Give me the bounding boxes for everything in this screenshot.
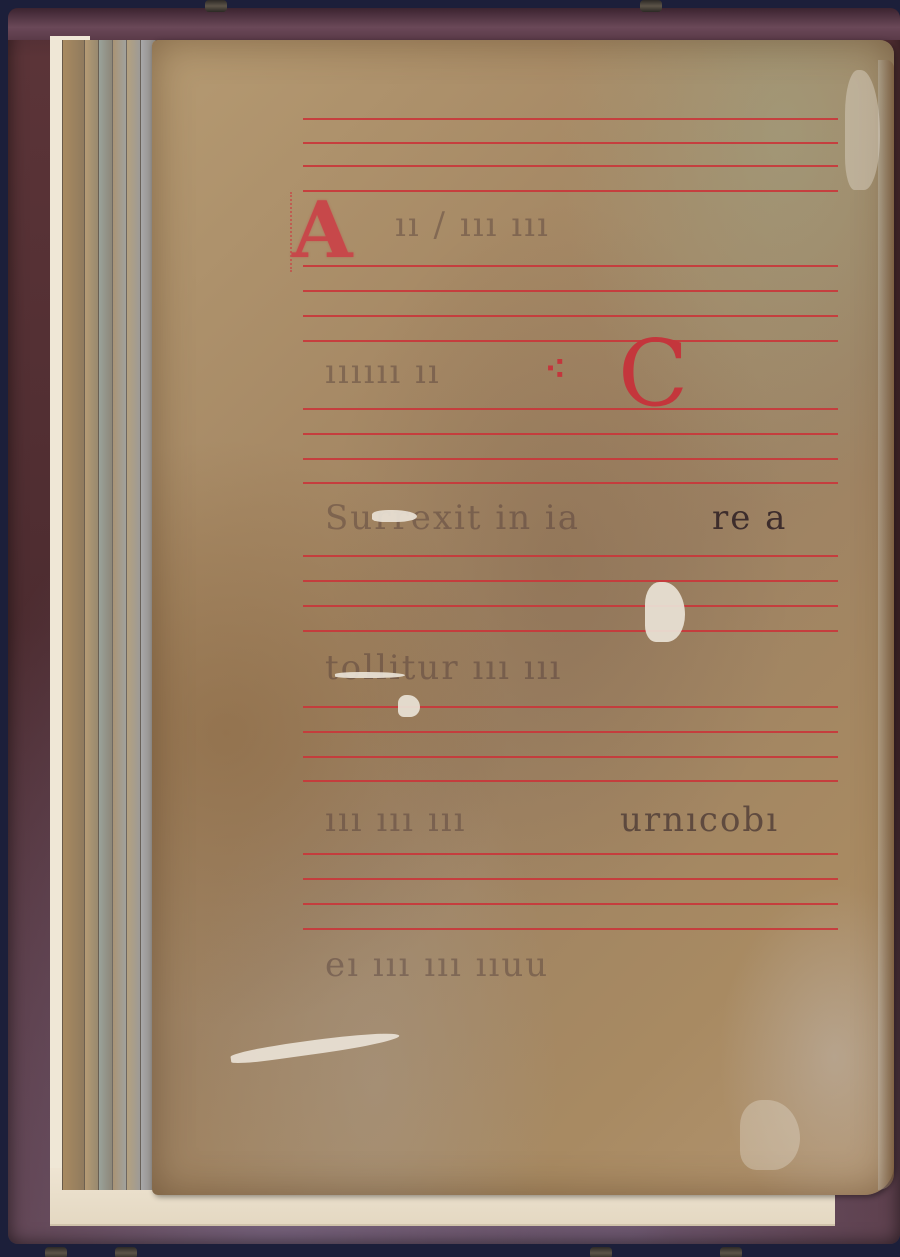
clasp-bottom-1	[45, 1247, 67, 1257]
clasp-bottom-2	[115, 1247, 137, 1257]
text-line-3-ending: re a	[712, 498, 832, 538]
staff-line	[303, 928, 838, 930]
clasp-top-right	[640, 0, 662, 12]
text-line-2: ıııııı ıı	[325, 352, 540, 392]
binding-top-edge	[8, 8, 900, 40]
staff-line	[303, 433, 838, 435]
clasp-bottom-4	[720, 1247, 742, 1257]
staff-line	[303, 630, 838, 632]
staff-line	[303, 903, 838, 905]
staff-line	[303, 165, 838, 167]
decorated-initial-a: A	[290, 192, 387, 272]
text-line-5: ııı ııı ııı	[325, 800, 585, 840]
staff-line	[303, 731, 838, 733]
red-initial-c: C	[618, 328, 688, 420]
leaf-edge	[62, 40, 86, 1190]
staff-line	[303, 853, 838, 855]
staff-line	[303, 756, 838, 758]
staff-line	[303, 878, 838, 880]
staff-line	[303, 706, 838, 708]
paragraph-mark: ⁖	[544, 350, 566, 388]
staff-line	[303, 482, 838, 484]
vellum-tear	[372, 510, 417, 522]
staff-line	[303, 118, 838, 120]
vellum-tear	[335, 672, 405, 678]
text-line-6: eı ııı ııı ııuu	[325, 945, 835, 985]
staff-line	[303, 605, 838, 607]
vellum-hole	[398, 695, 420, 717]
staff-line	[303, 340, 838, 342]
staff-line	[303, 142, 838, 144]
staff-line	[303, 555, 838, 557]
staff-line	[303, 408, 838, 410]
staff-line	[303, 458, 838, 460]
clasp-top-left	[205, 0, 227, 12]
staff-line	[303, 780, 838, 782]
staff-line	[303, 580, 838, 582]
staff-line	[303, 290, 838, 292]
text-line-5-ending: urnıcobı	[620, 800, 835, 840]
text-line-1: ıı / ııı ııı	[395, 205, 900, 245]
staff-line	[303, 315, 838, 317]
text-line-4: tollitur ııı ııı	[325, 648, 835, 688]
clasp-bottom-3	[590, 1247, 612, 1257]
